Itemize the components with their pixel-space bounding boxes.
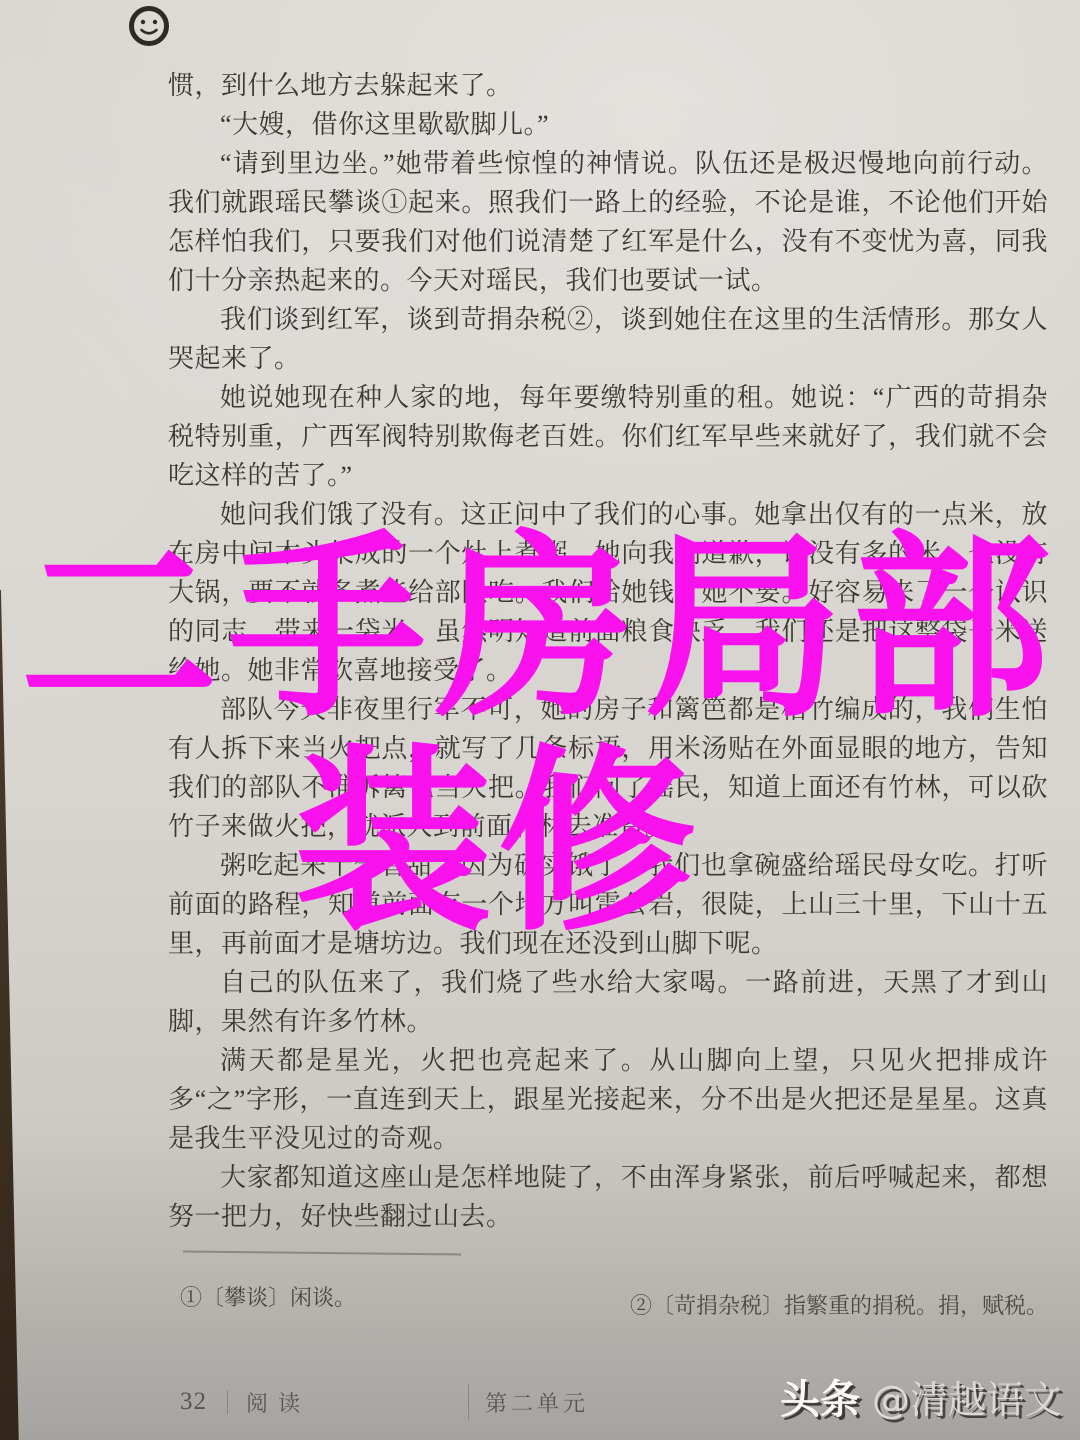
paragraph: 我们谈到红军，谈到苛捐杂税②，谈到她住在这里的生活情形。那女人哭起来了。 (168, 300, 1048, 378)
paragraph: “请到里边坐。”她带着些惊惶的神情说。队伍还是极迟慢地向前行动。我们就跟瑶民攀谈… (168, 144, 1048, 300)
unit-label: 第二单元 (485, 1387, 589, 1418)
smiley-face-icon (126, 4, 172, 50)
text-block: 惯，到什么地方去躲起来了。“大嫂，借你这里歇歇脚儿。”“请到里边坐。”她带着些惊… (168, 66, 1048, 1236)
paragraph: 她说她现在种人家的地，每年要缴特别重的租。她说：“广西的苛捐杂税特别重，广西军阀… (168, 378, 1048, 495)
toutiao-handle: @清越语文 (872, 1369, 1062, 1424)
footnote-divider (183, 1251, 461, 1256)
paragraph: 满天都是星光，火把也亮起来了。从山脚向上望，只见火把排成许多“之”字形，一直连到… (168, 1041, 1048, 1158)
paragraph: “大嫂，借你这里歇歇脚儿。” (168, 105, 1048, 144)
paragraph: 部队今天非夜里行军不可，她的房子和篱笆都是枯竹编成的，我们生怕有人拆下来当火把点… (168, 690, 1048, 846)
toutiao-watermark: 头条 @清越语文 (780, 1368, 1062, 1425)
footnote: ②〔苛捐杂税〕指繁重的捐税。捐，赋税。 (630, 1291, 1048, 1321)
table-edge-shadow (0, 590, 24, 1440)
section-label: 阅读 (246, 1387, 310, 1418)
page-footer: 32 阅读 第二单元 (180, 1382, 880, 1422)
paragraph: 她问我们饿了没有。这正问中了我们的心事。她拿出仅有的一点米，放在房中间木头架成的… (168, 495, 1048, 690)
footer-divider-bar (227, 1390, 228, 1414)
paragraph: 惯，到什么地方去躲起来了。 (168, 66, 1048, 105)
footer-divider-bar-2 (468, 1384, 469, 1420)
page-number: 32 (180, 1388, 207, 1416)
paragraph: 粥吃起来十分香甜，因为确实饿了。我们也拿碗盛给瑶民母女吃。打听前面的路程，知道前… (168, 846, 1048, 963)
toutiao-brand: 头条 (780, 1368, 860, 1425)
paragraph: 自己的队伍来了，我们烧了些水给大家喝。一路前进，天黑了才到山脚，果然有许多竹林。 (168, 963, 1048, 1041)
photographed-textbook-page: 惯，到什么地方去躲起来了。“大嫂，借你这里歇歇脚儿。”“请到里边坐。”她带着些惊… (0, 0, 1080, 1440)
paragraph: 大家都知道这座山是怎样地陡了，不由浑身紧张，前后呼喊起来，都想努一把力，好快些翻… (168, 1158, 1048, 1236)
footnotes: ①〔攀谈〕闲谈。②〔苛捐杂税〕指繁重的捐税。捐，赋税。 (180, 1283, 1048, 1321)
footnote: ①〔攀谈〕闲谈。 (180, 1283, 356, 1313)
